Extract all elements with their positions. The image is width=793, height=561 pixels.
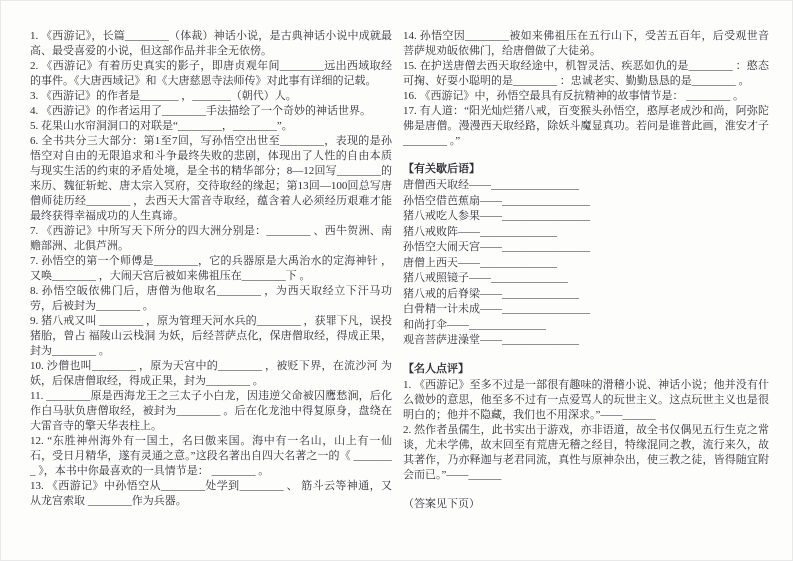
xiehouyu-item-1: 唐僧西天取经——________________ — [403, 178, 769, 194]
xiehouyu-item-5: 孙悟空大闹天宫——________________ — [403, 240, 769, 256]
question-13: 13. 《西游记》中孙悟空从________处学到________ 、 筋斗云等… — [30, 479, 392, 509]
xiehouyu-item-6: 唐僧上西天——______________ — [403, 256, 769, 272]
right-column: 14. 孙悟空因________被如来佛祖压在五行山下，受苦五百年，后受观世音菩… — [403, 29, 769, 512]
xiehouyu-item-4: 猪八戒败阵——______________ — [403, 225, 769, 241]
question-10: 10. 沙僧也叫________ ，原为天宫中的________ ，被贬下界，在… — [30, 359, 392, 389]
xiehouyu-item-11: 观音菩萨进澡堂——______________ — [403, 333, 769, 349]
left-column: 1. 《西游记》，长篇________（体裁）神话小说，是古典神话小说中成就最高… — [30, 29, 392, 509]
worksheet-page: 1. 《西游记》，长篇________（体裁）神话小说，是古典神话小说中成就最高… — [0, 0, 793, 561]
question-9: 9. 猪八戒又叫 ________ ，原为管理天河水兵的________ ，获罪… — [30, 314, 392, 359]
question-8: 8. 孙悟空皈依佛门后，唐僧为他取名________ ，为西天取经立下汗马功劳，… — [30, 284, 392, 314]
xiehouyu-item-8: 猪八戒的后脊梁——______________ — [403, 287, 769, 303]
answers-next-page-note: （答案见下页） — [403, 497, 769, 512]
comment-item-1: 1. 《西游记》至多不过是一部很有趣味的滑稽小说、神话小说；他并没有什么微妙的意… — [403, 378, 769, 423]
question-7b: 7. 孙悟空的第一个师傅是________，它的兵器原是大禹治水的定海神针 ，又… — [30, 254, 392, 284]
question-16: 16. 《西游记》中，孙悟空最具有反抗精神的故事情节是： ________ 。 — [403, 89, 769, 104]
xiehouyu-item-3: 猪八戒吃人参果——________________ — [403, 209, 769, 225]
question-4: 4. 《西游记》的作者运用了________手法描绘了一个奇妙的神话世界。 — [30, 104, 392, 119]
comment-item-2: 2. 然作者虽儒生，此书实出于游戏，亦非语道，故全书仅偶见五行生克之常谈，尤未学… — [403, 423, 769, 483]
question-15: 15. 在护送唐僧去西天取经途中，机智灵活、疾恶如仇的是________ ：憨态… — [403, 59, 769, 89]
xiehouyu-item-9: 白骨精一计未成——________________ — [403, 302, 769, 318]
question-6: 6. 全书共分三大部分：第1至7回，写孙悟空出世至________，表现的是孙悟… — [30, 134, 392, 224]
question-14: 14. 孙悟空因________被如来佛祖压在五行山下，受苦五百年，后受观世音菩… — [403, 29, 769, 59]
question-3: 3. 《西游记》的作者是_______ ，_______（朝代）人。 — [30, 89, 392, 104]
question-5: 5. 花果山水帘洞洞口的对联是“________，________”。 — [30, 119, 392, 134]
question-11: 11. ________原是西海龙王之三太子小白龙，因违逆父命被囚鹰愁涧，后化作… — [30, 389, 392, 434]
xiehouyu-item-2: 孙悟空借芭蕉扇——________________ — [403, 194, 769, 210]
xiehouyu-section-title: 【有关歇后语】 — [403, 162, 769, 177]
xiehouyu-item-7: 猪八戒照镜子——______________ — [403, 271, 769, 287]
comments-section-title: 【名人点评】 — [403, 362, 769, 377]
question-7a: 7. 《西游记》中所写天下所分的四大洲分别是：________ 、西牛贺洲、南赡… — [30, 224, 392, 254]
question-2: 2. 《西游记》有着历史真实的影子，即唐贞观年间________远出西域取经的事… — [30, 59, 392, 89]
question-12: 12. “东胜神州海外有一国土，名曰傲来国。海中有一名山，山上有一仙石，受日月精… — [30, 434, 392, 479]
question-17: 17. 有人道：“阳光灿烂猪八戒，百变猴头孙悟空，憨厚老成沙和尚，阿弥陀佛是唐僧… — [403, 104, 769, 149]
xiehouyu-item-10: 和尚打伞——______________ — [403, 318, 769, 334]
question-1: 1. 《西游记》，长篇________（体裁）神话小说，是古典神话小说中成就最高… — [30, 29, 392, 59]
